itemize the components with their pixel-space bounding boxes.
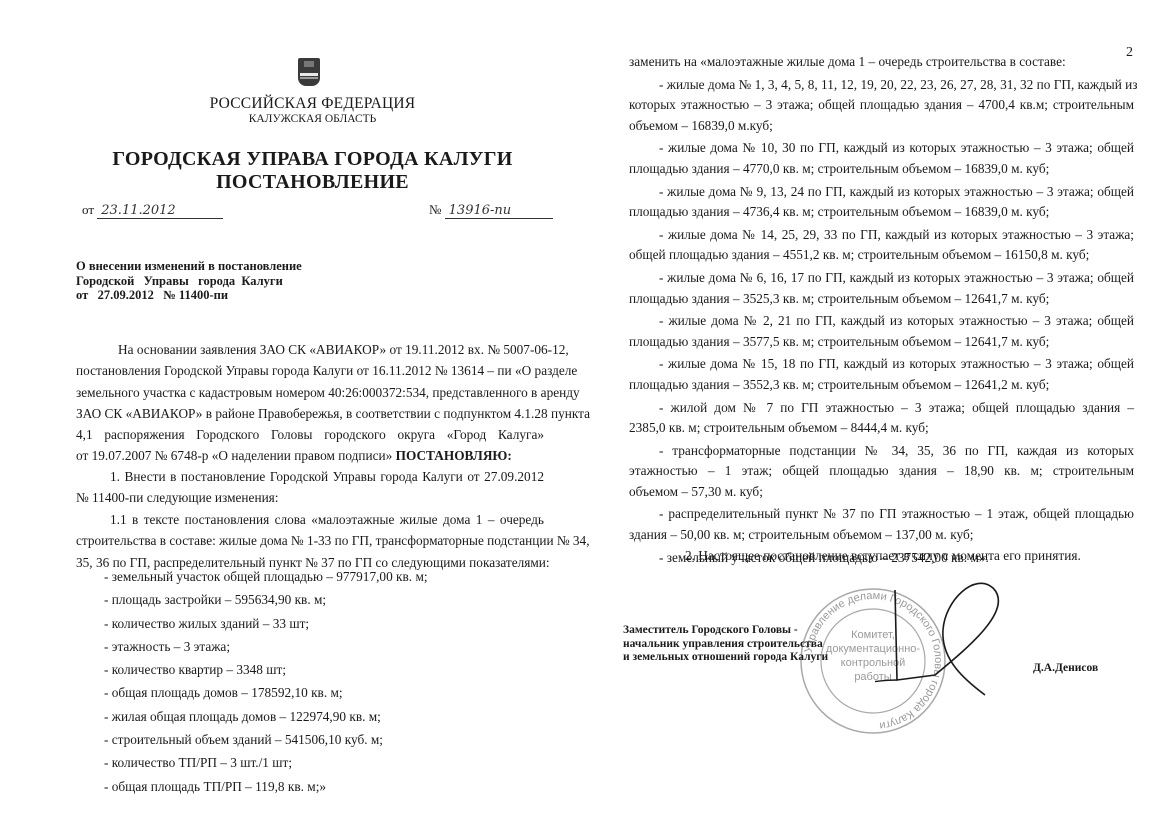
- indicator-item: - количество квартир – 3348 шт;: [104, 658, 428, 681]
- text-line: объемом – 16839,0 м.куб;: [629, 116, 1134, 137]
- document-type-title: ПОСТАНОВЛЕНИЕ: [0, 171, 625, 194]
- subject-line: О внесении изменений в постановление: [76, 259, 302, 274]
- text-line: 1.1 в тексте постановления слова «малоэт…: [76, 509, 544, 530]
- building-group: - жилые дома № 9, 13, 24 по ГП, каждый и…: [629, 182, 1134, 223]
- text-line: строительства в составе: жилые дома № 1-…: [76, 530, 544, 551]
- text-line: ЗАО СК «АВИАКОР» в районе Правобережья, …: [76, 403, 544, 424]
- text-line: - жилые дома № 10, 30 по ГП, каждый из к…: [629, 138, 1134, 159]
- intro-paragraph: На основании заявления ЗАО СК «АВИАКОР» …: [76, 339, 544, 467]
- indicator-list: - земельный участок общей площадью – 977…: [104, 565, 428, 798]
- text-line: площадью здания – 4770,0 кв. м; строител…: [629, 159, 1134, 180]
- text-line: № 11400-пи следующие изменения:: [76, 487, 544, 508]
- text-line: от 19.07.2007 № 6748-р «О наделении прав…: [76, 445, 544, 466]
- indicator-item: - общая площадь домов – 178592,10 кв. м;: [104, 681, 428, 704]
- signer-title: Заместитель Городского Головы - начальни…: [623, 624, 828, 665]
- text-line: объемом – 57,30 м. куб;: [629, 482, 1134, 503]
- text-line: - трансформаторные подстанции № 34, 35, …: [629, 441, 1134, 462]
- text-line: площадью здания – 3525,3 кв. м; строител…: [629, 289, 1134, 310]
- text-fragment: от 19.07.2007 № 6748-р «О наделении прав…: [76, 448, 392, 463]
- indicator-item: - земельный участок общей площадью – 977…: [104, 565, 428, 588]
- text-line: общей площадью здания – 4551,2 кв. м; ст…: [629, 245, 1134, 266]
- text-line: здания – 50,00 кв. м; строительным объем…: [629, 525, 1134, 546]
- date-value: 23.11.2012: [97, 203, 223, 219]
- building-group: - жилые дома № 10, 30 по ГП, каждый из к…: [629, 138, 1134, 179]
- building-group: - жилые дома № 15, 18 по ГП, каждый из к…: [629, 354, 1134, 395]
- text-line: площадью здания – 3577,5 кв. м; строител…: [629, 332, 1134, 353]
- organization-title: ГОРОДСКАЯ УПРАВА ГОРОДА КАЛУГИ: [0, 148, 625, 171]
- text-line: земельного участка с кадастровым номером…: [76, 382, 544, 403]
- indicator-item: - общая площадь ТП/РП – 119,8 кв. м;»: [104, 775, 428, 798]
- indicator-item: - строительный объем зданий – 541506,10 …: [104, 728, 428, 751]
- building-group: - жилые дома № 1, 3, 4, 5, 8, 11, 12, 19…: [629, 75, 1134, 137]
- date-label: от: [82, 202, 94, 217]
- text-line: 2385,0 кв. м; строительным объемом – 844…: [629, 418, 1134, 439]
- text-line: постановления Городской Управы города Ка…: [76, 360, 544, 381]
- replacement-text: заменить на «малоэтажные жилые дома 1 – …: [629, 52, 1134, 570]
- text-line: площадью здания – 4736,4 кв. м; строител…: [629, 202, 1134, 223]
- text-line: которых этажностью – 3 этажа; общей площ…: [629, 95, 1134, 116]
- text-line: - жилые дома № 6, 16, 17 по ГП, каждый и…: [629, 268, 1134, 289]
- text-line: этажностью – 1 этаж; общей площадью здан…: [629, 461, 1134, 482]
- region-title: КАЛУЖСКАЯ ОБЛАСТЬ: [0, 113, 625, 125]
- text-line: - жилые дома № 1, 3, 4, 5, 8, 11, 12, 19…: [629, 75, 1134, 96]
- indicator-item: - этажность – 3 этажа;: [104, 635, 428, 658]
- text-line: - распределительный пункт № 37 по ГП эта…: [629, 504, 1134, 525]
- text-line: - жилой дом № 7 по ГП этажностью – 3 эта…: [629, 398, 1134, 419]
- building-group: - жилые дома № 6, 16, 17 по ГП, каждый и…: [629, 268, 1134, 309]
- indicator-item: - количество жилых зданий – 33 шт;: [104, 612, 428, 635]
- building-group: заменить на «малоэтажные жилые дома 1 – …: [629, 52, 1134, 73]
- signer-line: начальник управления строительства: [623, 638, 828, 652]
- decree-date: от 23.11.2012: [82, 202, 223, 219]
- item-1-1: 1.1 в тексте постановления слова «малоэт…: [76, 509, 544, 573]
- signer-line: Заместитель Городского Головы -: [623, 624, 828, 638]
- indicator-item: - количество ТП/РП – 3 шт./1 шт;: [104, 751, 428, 774]
- text-line: 4,1 распоряжения Городского Головы город…: [76, 424, 544, 445]
- building-group: - жилые дома № 14, 25, 29, 33 по ГП, каж…: [629, 225, 1134, 266]
- decree-subject: О внесении изменений в постановление Гор…: [76, 259, 302, 303]
- indicator-item: - площадь застройки – 595634,90 кв. м;: [104, 588, 428, 611]
- text-line: - жилые дома № 15, 18 по ГП, каждый из к…: [629, 354, 1134, 375]
- item-1: 1. Внести в постановление Городской Упра…: [76, 466, 544, 509]
- decree-number: № 13916-пи: [429, 202, 553, 219]
- building-group: - жилые дома № 2, 21 по ГП, каждый из ко…: [629, 311, 1134, 352]
- coat-of-arms-icon: [298, 58, 320, 86]
- building-group: - распределительный пункт № 37 по ГП эта…: [629, 504, 1134, 545]
- text-line: На основании заявления ЗАО СК «АВИАКОР» …: [76, 339, 544, 360]
- building-group: - трансформаторные подстанции № 34, 35, …: [629, 441, 1134, 503]
- page-2: 2 заменить на «малоэтажные жилые дома 1 …: [585, 0, 1169, 832]
- text-line: - жилые дома № 2, 21 по ГП, каждый из ко…: [629, 311, 1134, 332]
- signer-line: и земельных отношений города Калуги: [623, 651, 828, 665]
- country-title: РОССИЙСКАЯ ФЕДЕРАЦИЯ: [0, 95, 625, 113]
- signer-name: Д.А.Денисов: [1033, 662, 1098, 674]
- text-line: 1. Внести в постановление Городской Упра…: [76, 466, 544, 487]
- text-line: заменить на «малоэтажные жилые дома 1 – …: [629, 52, 1134, 73]
- text-line: - жилые дома № 14, 25, 29, 33 по ГП, каж…: [629, 225, 1134, 246]
- text-line: - жилые дома № 9, 13, 24 по ГП, каждый и…: [629, 182, 1134, 203]
- subject-line: от 27.09.2012 № 11400-пи: [76, 288, 302, 303]
- number-label: №: [429, 202, 441, 217]
- subject-line: Городской Управы города Калуги: [76, 274, 302, 289]
- building-group: - жилой дом № 7 по ГП этажностью – 3 эта…: [629, 398, 1134, 439]
- resolution-keyword: ПОСТАНОВЛЯЮ:: [396, 448, 512, 463]
- final-clause: 2. Настоящее постановление вступает в си…: [685, 548, 1081, 564]
- indicator-item: - жилая общая площадь домов – 122974,90 …: [104, 705, 428, 728]
- number-value: 13916-пи: [445, 203, 553, 219]
- page-1: РОССИЙСКАЯ ФЕДЕРАЦИЯ КАЛУЖСКАЯ ОБЛАСТЬ Г…: [0, 0, 585, 832]
- handwritten-signature-icon: [875, 580, 1015, 700]
- text-line: площадью здания – 3552,3 кв. м; строител…: [629, 375, 1134, 396]
